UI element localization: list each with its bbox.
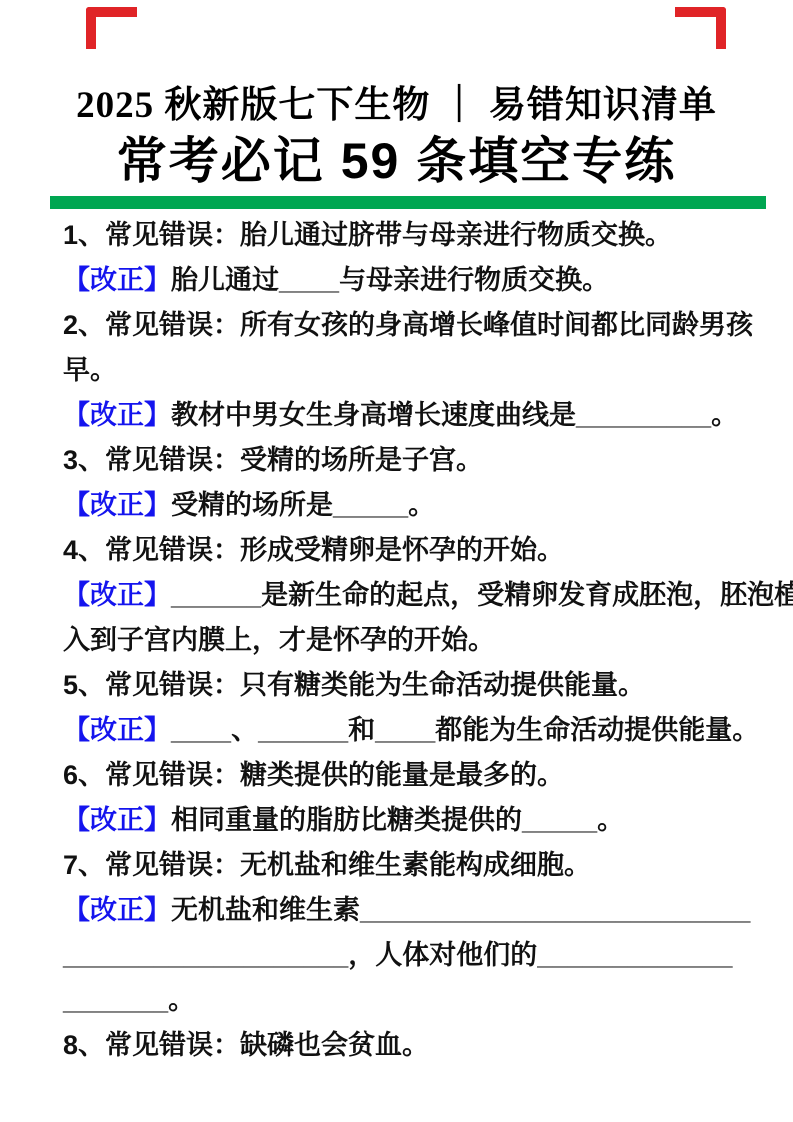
line-text: 6、常见错误：糖类提供的能量是最多的。 [63, 753, 564, 792]
correction-line: 【改正】无机盐和维生素__________________________ [63, 885, 765, 930]
continuation-line: ___________________，人体对他们的_____________ [63, 930, 765, 975]
common-error-line: 8、常见错误：缺磷也会贫血。 [63, 1020, 765, 1065]
common-error-line: 2、常见错误：所有女孩的身高增长峰值时间都比同龄男孩 [63, 300, 765, 345]
correction-label: 【改正】 [63, 483, 171, 522]
continuation-line: 入到子宫内膜上，才是怀孕的开始。 [63, 615, 765, 660]
title-underline-bar [50, 196, 766, 209]
page-title: 2025 秋新版七下生物 ｜ 易错知识清单 [0, 82, 793, 130]
line-text: 相同重量的脂肪比糖类提供的_____。 [171, 798, 624, 837]
line-text: _______。 [63, 978, 195, 1017]
page-subtitle: 常考必记 59 条填空专练 [0, 130, 793, 192]
common-error-line: 6、常见错误：糖类提供的能量是最多的。 [63, 750, 765, 795]
correction-label: 【改正】 [63, 798, 171, 837]
common-error-line: 4、常见错误：形成受精卵是怀孕的开始。 [63, 525, 765, 570]
line-text: 受精的场所是_____。 [171, 483, 435, 522]
line-text: ___________________，人体对他们的_____________ [63, 933, 733, 972]
line-text: ______是新生命的起点，受精卵发育成胚泡，胚泡植 [171, 573, 793, 612]
line-text: 8、常见错误：缺磷也会贫血。 [63, 1023, 429, 1062]
line-text: 入到子宫内膜上，才是怀孕的开始。 [63, 618, 495, 657]
correction-line: 【改正】受精的场所是_____。 [63, 480, 765, 525]
line-text: ____、______和____都能为生命活动提供能量。 [171, 708, 759, 747]
line-text: 5、常见错误：只有糖类能为生命活动提供能量。 [63, 663, 645, 702]
continuation-line: 早。 [63, 345, 765, 390]
red-corner-bracket-right-icon [675, 7, 726, 49]
content-lines: 1、常见错误：胎儿通过脐带与母亲进行物质交换。【改正】胎儿通过____与母亲进行… [63, 210, 765, 1065]
line-text: 早。 [63, 348, 117, 387]
continuation-line: _______。 [63, 975, 765, 1020]
correction-label: 【改正】 [63, 573, 171, 612]
correction-line: 【改正】教材中男女生身高增长速度曲线是_________。 [63, 390, 765, 435]
red-corner-bracket-left-icon [86, 7, 137, 49]
correction-line: 【改正】胎儿通过____与母亲进行物质交换。 [63, 255, 765, 300]
line-text: 胎儿通过____与母亲进行物质交换。 [171, 258, 609, 297]
line-text: 无机盐和维生素__________________________ [171, 888, 750, 927]
worksheet-page: 2025 秋新版七下生物 ｜ 易错知识清单 常考必记 59 条填空专练 1、常见… [0, 0, 793, 1122]
common-error-line: 5、常见错误：只有糖类能为生命活动提供能量。 [63, 660, 765, 705]
line-text: 1、常见错误：胎儿通过脐带与母亲进行物质交换。 [63, 213, 672, 252]
correction-line: 【改正】相同重量的脂肪比糖类提供的_____。 [63, 795, 765, 840]
common-error-line: 3、常见错误：受精的场所是子宫。 [63, 435, 765, 480]
line-text: 教材中男女生身高增长速度曲线是_________。 [171, 393, 738, 432]
line-text: 4、常见错误：形成受精卵是怀孕的开始。 [63, 528, 564, 567]
common-error-line: 7、常见错误：无机盐和维生素能构成细胞。 [63, 840, 765, 885]
line-text: 3、常见错误：受精的场所是子宫。 [63, 438, 483, 477]
line-text: 2、常见错误：所有女孩的身高增长峰值时间都比同龄男孩 [63, 303, 753, 342]
correction-line: 【改正】______是新生命的起点，受精卵发育成胚泡，胚泡植 [63, 570, 765, 615]
line-text: 7、常见错误：无机盐和维生素能构成细胞。 [63, 843, 591, 882]
correction-label: 【改正】 [63, 888, 171, 927]
correction-line: 【改正】____、______和____都能为生命活动提供能量。 [63, 705, 765, 750]
common-error-line: 1、常见错误：胎儿通过脐带与母亲进行物质交换。 [63, 210, 765, 255]
correction-label: 【改正】 [63, 258, 171, 297]
correction-label: 【改正】 [63, 708, 171, 747]
correction-label: 【改正】 [63, 393, 171, 432]
